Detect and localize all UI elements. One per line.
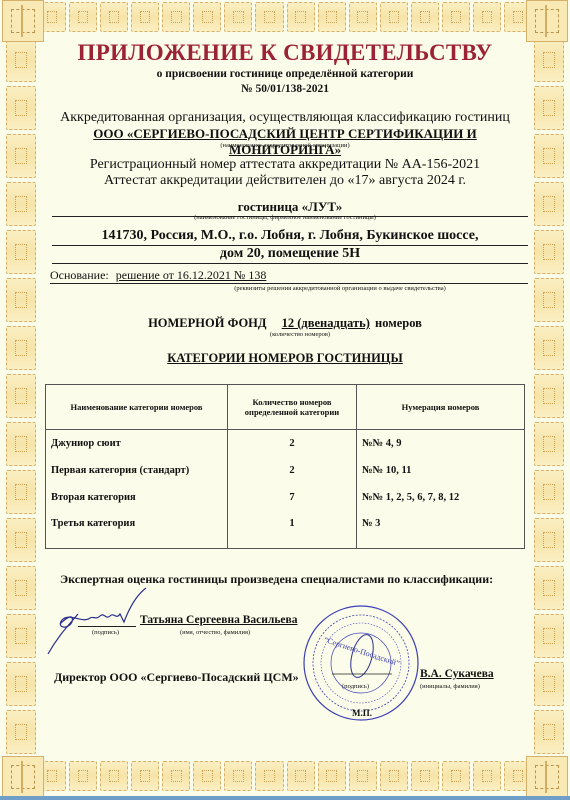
basis-value: решение от 16.12.2021 № 138	[116, 268, 267, 282]
cell-count: 2	[228, 457, 357, 484]
fund-caption: (количество номеров)	[250, 331, 350, 338]
ornamental-border-right	[534, 38, 564, 754]
accreditation-validity: Аттестат аккредитации действителен до «1…	[40, 173, 530, 189]
expert-statement: Экспертная оценка гостиницы произведена …	[60, 572, 493, 587]
address-line-1: 141730, Россия, М.О., г.о. Лобня, г. Лоб…	[52, 228, 528, 246]
cell-category: Третья категория	[46, 511, 228, 549]
table-header-row: Наименование категории номеров Количеств…	[46, 385, 525, 430]
org-intro: Аккредитованная организация, осуществляю…	[40, 110, 530, 126]
address-line-2: дом 20, помещение 5Н	[52, 246, 528, 264]
signature-caption: (подпись)	[92, 629, 119, 636]
table-row: Первая категория (стандарт) 2 №№ 10, 11	[46, 457, 525, 484]
bottom-edge	[0, 796, 570, 800]
categories-table: Наименование категории номеров Количеств…	[45, 384, 525, 549]
certificate-page: ПРИЛОЖЕНИЕ К СВИДЕТЕЛЬСТВУ о присвоении …	[0, 0, 570, 796]
cell-numbers: №№ 1, 2, 5, 6, 7, 8, 12	[357, 484, 525, 511]
cell-category: Первая категория (стандарт)	[46, 457, 228, 484]
header-count: Количество номеров определенной категори…	[228, 385, 357, 430]
cell-numbers: № 3	[357, 511, 525, 549]
director-name: В.А. Сукачева	[420, 668, 494, 680]
name-caption: (имя, отчество, фамилия)	[180, 629, 250, 636]
cell-count: 1	[228, 511, 357, 549]
cell-numbers: №№ 10, 11	[357, 457, 525, 484]
basis-caption: (реквизиты решения аккредитованной орган…	[180, 285, 500, 292]
expert-name: Татьяна Сергеевна Васильева	[140, 614, 302, 626]
org-caption: (наименование аккредитованной организаци…	[40, 142, 530, 149]
header-numbers: Нумерация номеров	[357, 385, 525, 430]
certificate-number: № 50/01/138-2021	[40, 83, 530, 95]
ornament-corner-icon	[2, 0, 44, 42]
table-row: Вторая категория 7 №№ 1, 2, 5, 6, 7, 8, …	[46, 484, 525, 511]
director-label: Директор ООО «Сергиево-Посадский ЦСМ»	[54, 670, 299, 685]
registration-number: Регистрационный номер аттестата аккредит…	[40, 157, 530, 173]
document-subtitle: о присвоении гостинице определённой кате…	[40, 68, 530, 80]
table-row: Джуниор сюит 2 №№ 4, 9	[46, 430, 525, 458]
fund-value: 12 (двенадцать)	[282, 316, 370, 330]
stamp-place-label: М.П.	[352, 708, 372, 718]
ornament-corner-icon	[526, 756, 568, 798]
ornament-corner-icon	[2, 756, 44, 798]
fund-label: НОМЕРНОЙ ФОНД	[148, 316, 266, 330]
basis-row: Основание: решение от 16.12.2021 № 138	[50, 268, 528, 284]
fund-unit: номеров	[375, 316, 422, 330]
document-title: ПРИЛОЖЕНИЕ К СВИДЕТЕЛЬСТВУ	[40, 40, 530, 66]
cell-numbers: №№ 4, 9	[357, 430, 525, 458]
official-stamp-icon: “Сергиево-Посадский”	[302, 604, 420, 722]
cell-count: 2	[228, 430, 357, 458]
basis-label: Основание:	[50, 268, 109, 282]
categories-title: КАТЕГОРИИ НОМЕРОВ ГОСТИНИЦЫ	[40, 351, 530, 366]
cell-category: Вторая категория	[46, 484, 228, 511]
header-category: Наименование категории номеров	[46, 385, 228, 430]
ornamental-border-left	[6, 38, 36, 754]
ornament-corner-icon	[526, 0, 568, 42]
svg-text:“Сергиево-Посадский”: “Сергиево-Посадский”	[323, 635, 401, 668]
hotel-caption: (наименование гостиницы, фирменное наиме…	[40, 214, 530, 221]
cell-category: Джуниор сюит	[46, 430, 228, 458]
cell-count: 7	[228, 484, 357, 511]
room-fund: НОМЕРНОЙ ФОНД 12 (двенадцать) номеров	[40, 316, 530, 331]
initials-caption: (инициалы, фамилия)	[420, 683, 480, 690]
ornamental-border-top	[38, 2, 532, 32]
ornamental-border-bottom	[38, 761, 532, 791]
table-row: Третья категория 1 № 3	[46, 511, 525, 549]
